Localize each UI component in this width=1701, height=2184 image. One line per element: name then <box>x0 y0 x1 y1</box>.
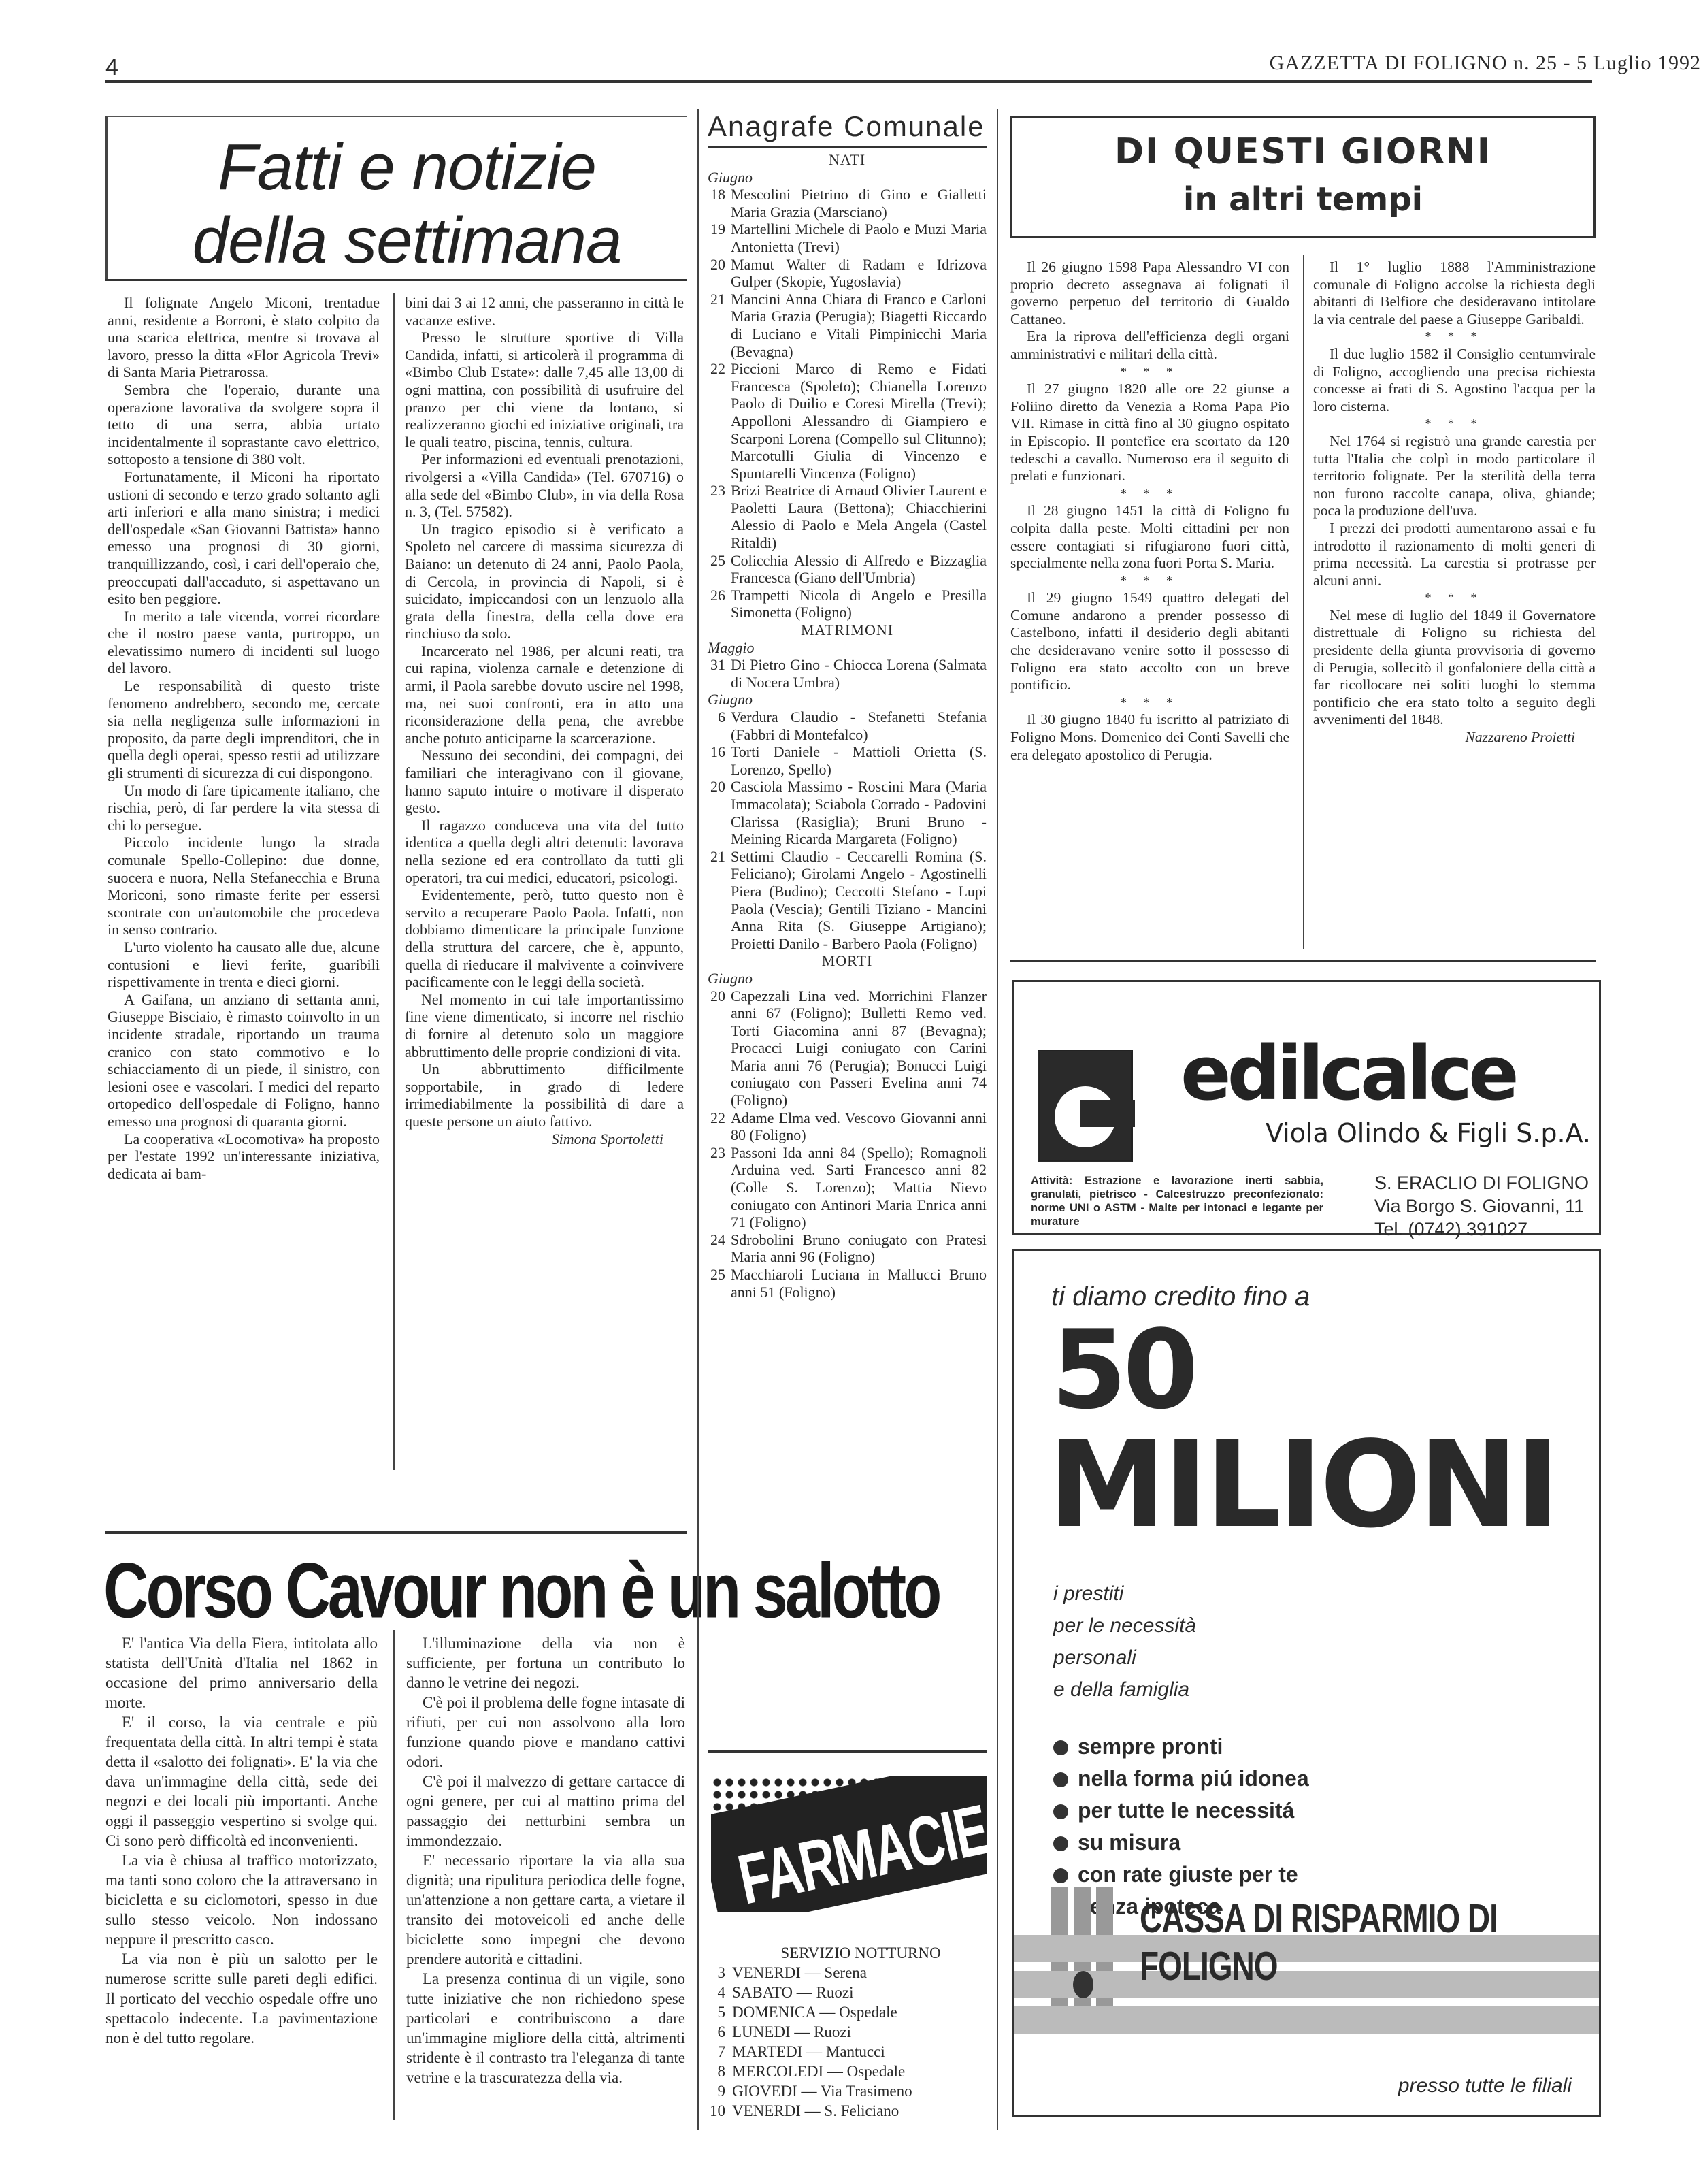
paragraph: La via non è più un salotto per le numer… <box>105 1949 378 2048</box>
paragraph: Le responsabilità di questo triste fenom… <box>108 677 380 782</box>
address-line: Via Borgo S. Giovanni, 11 <box>1374 1194 1589 1218</box>
list-item: 21Mancini Anna Chiara di Franco e Carlon… <box>708 291 987 360</box>
entry-text: Martellini Michele di Paolo e Muzi Maria… <box>731 221 987 255</box>
logo-dot <box>1073 1971 1093 1998</box>
morti-heading: MORTI <box>708 952 987 970</box>
list-item: 23Passoni Ida anni 84 (Spello); Romagnol… <box>708 1144 987 1231</box>
day: 23 <box>708 482 731 551</box>
paragraph: Il due luglio 1582 il Consiglio centumvi… <box>1313 346 1596 415</box>
fatti-title-line2: della settimana <box>148 204 665 278</box>
paragraph: Il ragazzo conduceva una vita del tutto … <box>405 817 684 886</box>
day: 3 <box>708 1963 732 1983</box>
paragraph: L'urto violento ha causato alle due, alc… <box>108 939 380 991</box>
edilcalce-ad: edilcalce Viola Olindo & Figli S.p.A. At… <box>1012 980 1601 1235</box>
day: 18 <box>708 186 731 221</box>
page-number: 4 <box>105 54 118 81</box>
list-item: 20Capezzali Lina ved. Morrichini Flanzer… <box>708 988 987 1109</box>
paragraph: Era la riprova dell'efficienza degli org… <box>1010 328 1289 363</box>
entry-text: Di Pietro Gino - Chiocca Lorena (Salmata… <box>731 656 987 691</box>
day: 22 <box>708 360 731 482</box>
paragraph: Presso le strutture sportive di Villa Ca… <box>405 329 684 451</box>
list-item: 20Casciola Massimo - Roscini Mara (Maria… <box>708 778 987 847</box>
paragraph: C'è poi il problema delle fogne intasate… <box>406 1693 685 1772</box>
paragraph: La cooperativa «Locomotiva» ha proposto … <box>108 1130 380 1183</box>
edilcalce-logo-icon <box>1038 1050 1133 1162</box>
fatti-rule <box>105 279 687 281</box>
ad-amount: 50 <box>1051 1312 1195 1428</box>
fatti-column-1: Il folignate Angelo Miconi, trentadue an… <box>108 294 380 1182</box>
edilcalce-brand: edilcalce <box>1180 1030 1515 1117</box>
column-divider <box>1303 255 1304 949</box>
header-rule <box>105 80 1592 83</box>
bullet-item: su misura <box>1053 1827 1309 1859</box>
separator: * * * <box>1010 694 1289 712</box>
bullet-icon <box>1053 1836 1068 1851</box>
entry-text: Colicchia Alessio di Alfredo e Bizzaglia… <box>731 552 987 587</box>
list-item: 9GIOVEDI — Via Trasimeno <box>708 2081 987 2101</box>
cavour-column-2: L'illuminazione della via non è sufficie… <box>406 1633 685 2087</box>
bullet-icon <box>1053 1740 1068 1755</box>
line: per le necessità <box>1053 1610 1196 1642</box>
anagrafe-title: Anagrafe Comunale <box>708 110 987 148</box>
dqg-title-line1: DI QUESTI GIORNI <box>1012 131 1593 172</box>
turno: VENERDI — S. Feliciano <box>732 2101 899 2121</box>
logo-e-shape <box>1080 1100 1135 1127</box>
entry-text: Sdrobolini Bruno coniugato con Pratesi M… <box>731 1231 987 1266</box>
entry-text: Casciola Massimo - Roscini Mara (Maria I… <box>731 778 987 847</box>
paragraph: I prezzi dei prodotti aumentarono assai … <box>1313 520 1596 589</box>
paragraph: La via è chiusa al traffico motorizzato,… <box>105 1851 378 1949</box>
day: 26 <box>708 587 731 621</box>
day: 6 <box>708 2022 732 2042</box>
edilcalce-activity: Attività: Estrazione e lavorazione inert… <box>1031 1174 1323 1228</box>
column-divider <box>393 293 395 1470</box>
cavour-column-1: E' l'antica Via della Fiera, intitolata … <box>105 1633 378 2048</box>
separator: * * * <box>1313 589 1596 607</box>
ad-unit: MILIONI <box>1048 1424 1557 1547</box>
entry-text: Capezzali Lina ved. Morrichini Flanzer a… <box>731 988 987 1109</box>
paragraph: Un abbruttimento difficilmente sopportab… <box>405 1060 684 1130</box>
entry-text: Mamut Walter di Radam e Idrizova Gulper … <box>731 256 987 291</box>
logo-band <box>1014 2006 1599 2034</box>
edilcalce-address: S. ERACLIO DI FOLIGNO Via Borgo S. Giova… <box>1374 1171 1589 1241</box>
entry-text: Passoni Ida anni 84 (Spello); Romagnoli … <box>731 1144 987 1231</box>
bullet-item: nella forma piú idonea <box>1053 1763 1309 1795</box>
entry-text: Adame Elma ved. Vescovo Giovanni anni 80… <box>731 1109 987 1144</box>
list-item: 19Martellini Michele di Paolo e Muzi Mar… <box>708 221 987 255</box>
cavour-headline: Corso Cavour non è un salotto <box>103 1548 689 1633</box>
paragraph: Incarcerato nel 1986, per alcuni reati, … <box>405 642 684 747</box>
paragraph: Nel momento in cui tale importantissimo … <box>405 991 684 1060</box>
day: 8 <box>708 2061 732 2081</box>
matrimoni-heading: MATRIMONI <box>708 621 987 639</box>
bullet-text: con rate giuste per te <box>1078 1862 1298 1887</box>
paragraph: Nessuno dei secondini, dei compagni, dei… <box>405 747 684 816</box>
paragraph: Fortunatamente, il Miconi ha riportato u… <box>108 468 380 608</box>
turno: DOMENICA — Ospedale <box>732 2002 897 2022</box>
line: i prestiti <box>1053 1578 1196 1610</box>
paragraph: Nel mese di luglio del 1849 il Governato… <box>1313 607 1596 729</box>
day: 20 <box>708 256 731 291</box>
paragraph: Un tragico episodio si è verificato a Sp… <box>405 521 684 642</box>
nati-heading: NATI <box>708 151 987 169</box>
list-item: 4SABATO — Ruozi <box>708 1983 987 2002</box>
paragraph: Per informazioni ed eventuali prenotazio… <box>405 451 684 520</box>
fatti-title-line1: Fatti e notizie <box>148 131 665 204</box>
dqg-column-1: Il 26 giugno 1598 Papa Alessandro VI con… <box>1010 259 1289 764</box>
entry-text: Mescolini Pietrino di Gino e Gialletti M… <box>731 186 987 221</box>
masthead: GAZZETTA DI FOLIGNO n. 25 - 5 Luglio 199… <box>1075 52 1701 75</box>
list-item: 22Adame Elma ved. Vescovo Giovanni anni … <box>708 1109 987 1144</box>
paragraph: L'illuminazione della via non è sufficie… <box>406 1633 685 1693</box>
dqg-signature: Nazzareno Proietti <box>1313 729 1596 747</box>
list-item: 16Torti Daniele - Mattioli Orietta (S. L… <box>708 743 987 778</box>
cassa-risparmio-ad: ti diamo credito fino a 50 MILIONI i pre… <box>1012 1249 1601 2117</box>
day: 20 <box>708 988 731 1109</box>
list-item: 25Macchiaroli Luciana in Mallucci Bruno … <box>708 1266 987 1301</box>
month-label: Giugno <box>708 970 987 988</box>
separator: * * * <box>1313 328 1596 346</box>
entry-text: Settimi Claudio - Ceccarelli Romina (S. … <box>731 848 987 953</box>
turni-heading: SERVIZIO NOTTURNO <box>708 1943 987 1963</box>
separator: * * * <box>1313 415 1596 433</box>
line: personali <box>1053 1642 1196 1674</box>
day: 31 <box>708 656 731 691</box>
list-item: 31Di Pietro Gino - Chiocca Lorena (Salma… <box>708 656 987 691</box>
ad-footer: presso tutte le filiali <box>1398 2074 1572 2098</box>
separator: * * * <box>1010 363 1289 381</box>
separator: * * * <box>1010 485 1289 503</box>
column-divider <box>393 1630 395 2120</box>
entry-text: Mancini Anna Chiara di Franco e Carloni … <box>731 291 987 360</box>
paragraph: La presenza continua di un vigile, sono … <box>406 1969 685 2087</box>
list-item: 7MARTEDI — Mantucci <box>708 2042 987 2061</box>
turno: GIOVEDI — Via Trasimeno <box>732 2081 912 2101</box>
bullet-item: con rate giuste per te <box>1053 1859 1309 1891</box>
day: 21 <box>708 291 731 360</box>
bank-name: CASSA DI RISPARMIO DI FOLIGNO <box>1140 1894 1599 1989</box>
bullet-text: su misura <box>1078 1830 1180 1855</box>
paragraph: Sembra che l'operaio, durante una operaz… <box>108 381 380 468</box>
anagrafe-list: NATI Giugno 18Mescolini Pietrino di Gino… <box>708 151 987 1301</box>
day: 25 <box>708 552 731 587</box>
list-item: 20Mamut Walter di Radam e Idrizova Gulpe… <box>708 256 987 291</box>
list-item: 6LUNEDI — Ruozi <box>708 2022 987 2042</box>
turno: LUNEDI — Ruozi <box>732 2022 851 2042</box>
month-label: Giugno <box>708 169 987 186</box>
entry-text: Macchiaroli Luciana in Mallucci Bruno an… <box>731 1266 987 1301</box>
turno: SABATO — Ruozi <box>732 1983 854 2002</box>
paragraph: E' necessario riportare la via alla sua … <box>406 1851 685 1969</box>
month-label: Maggio <box>708 639 987 657</box>
list-item: 21Settimi Claudio - Ceccarelli Romina (S… <box>708 848 987 953</box>
separator: * * * <box>1010 572 1289 590</box>
farmacie-turni: SERVIZIO NOTTURNO 3VENERDI — Serena 4SAB… <box>708 1943 987 2121</box>
turno: VENERDI — Serena <box>732 1963 867 1983</box>
cavour-rule <box>105 1531 687 1534</box>
entry-text: Piccioni Marco di Remo e Fidati Francesc… <box>731 360 987 482</box>
entry-text: Trampetti Nicola di Angelo e Presilla Si… <box>731 587 987 621</box>
turno: MARTEDI — Mantucci <box>732 2042 885 2061</box>
paragraph: Il 30 giugno 1840 fu iscritto al patrizi… <box>1010 711 1289 764</box>
line: e della famiglia <box>1053 1674 1196 1706</box>
list-item: 24Sdrobolini Bruno coniugato con Pratesi… <box>708 1231 987 1266</box>
dqg-title-line2: in altri tempi <box>1012 180 1593 218</box>
entry-text: Verdura Claudio - Stefanetti Stefania (F… <box>731 708 987 743</box>
column-divider <box>997 109 998 2130</box>
bullet-icon <box>1053 1772 1068 1787</box>
paragraph: Il folignate Angelo Miconi, trentadue an… <box>108 294 380 381</box>
phone: Tel. (0742) 391027 <box>1374 1218 1589 1241</box>
address-line: S. ERACLIO DI FOLIGNO <box>1374 1171 1589 1194</box>
paragraph: E' il corso, la via centrale e più frequ… <box>105 1712 378 1851</box>
list-item: 10VENERDI — S. Feliciano <box>708 2101 987 2121</box>
day: 4 <box>708 1983 732 2002</box>
ad-description: i prestiti per le necessità personali e … <box>1053 1578 1196 1706</box>
paragraph: Il 27 giugno 1820 alle ore 22 giunse a F… <box>1010 380 1289 485</box>
fatti-title-box: Fatti e notizie della settimana <box>105 116 687 279</box>
day: 24 <box>708 1231 731 1266</box>
paragraph: Nel 1764 si registrò una grande carestia… <box>1313 433 1596 520</box>
paragraph: Il 28 giugno 1451 la città di Foligno fu… <box>1010 502 1289 572</box>
paragraph: Un modo di fare tipicamente italiano, ch… <box>108 782 380 834</box>
entry-text: Brizi Beatrice di Arnaud Olivier Laurent… <box>731 482 987 551</box>
turno: MERCOLEDI — Ospedale <box>732 2061 905 2081</box>
paragraph: In merito a tale vicenda, vorrei ricorda… <box>108 608 380 677</box>
paragraph: Il 26 giugno 1598 Papa Alessandro VI con… <box>1010 259 1289 328</box>
dqg-rule <box>1010 960 1596 962</box>
day: 9 <box>708 2081 732 2101</box>
list-item: 23Brizi Beatrice di Arnaud Olivier Laure… <box>708 482 987 551</box>
day: 16 <box>708 743 731 778</box>
dqg-title-box: DI QUESTI GIORNI in altri tempi <box>1010 116 1596 238</box>
fatti-title: Fatti e notizie della settimana <box>148 131 665 278</box>
bullet-item: per tutte le necessitá <box>1053 1795 1309 1827</box>
paragraph: bini dai 3 ai 12 anni, che passeranno in… <box>405 294 684 329</box>
paragraph: Il 29 giugno 1549 quattro delegati del C… <box>1010 589 1289 694</box>
day: 19 <box>708 221 731 255</box>
entry-text: Torti Daniele - Mattioli Orietta (S. Lor… <box>731 743 987 778</box>
day: 21 <box>708 848 731 953</box>
dqg-column-2: Il 1° luglio 1888 l'Amministrazione comu… <box>1313 259 1596 747</box>
list-item: 26Trampetti Nicola di Angelo e Presilla … <box>708 587 987 621</box>
day: 22 <box>708 1109 731 1144</box>
paragraph: Il 1° luglio 1888 l'Amministrazione comu… <box>1313 259 1596 328</box>
day: 10 <box>708 2101 732 2121</box>
list-item: 22Piccioni Marco di Remo e Fidati France… <box>708 360 987 482</box>
bullet-text: per tutte le necessitá <box>1078 1798 1294 1823</box>
list-item: 3VENERDI — Serena <box>708 1963 987 1983</box>
bullet-item: sempre pronti <box>1053 1731 1309 1763</box>
edilcalce-company: Viola Olindo & Figli S.p.A. <box>1266 1118 1591 1148</box>
bullet-icon <box>1053 1804 1068 1819</box>
paragraph: A Gaifana, un anziano di settanta anni, … <box>108 991 380 1130</box>
day: 23 <box>708 1144 731 1231</box>
list-item: 25Colicchia Alessio di Alfredo e Bizzagl… <box>708 552 987 587</box>
fatti-column-2: bini dai 3 ai 12 anni, che passeranno in… <box>405 294 684 1147</box>
day: 25 <box>708 1266 731 1301</box>
column-divider <box>697 109 699 2130</box>
day: 7 <box>708 2042 732 2061</box>
farmacie-rule <box>708 1750 987 1753</box>
bullet-icon <box>1053 1868 1068 1883</box>
bullet-text: nella forma piú idonea <box>1078 1766 1309 1791</box>
farmacie-banner: FARMACIE <box>711 1776 987 1912</box>
fatti-signature: Simona Sportoletti <box>405 1130 684 1148</box>
paragraph: E' l'antica Via della Fiera, intitolata … <box>105 1633 378 1712</box>
bullet-text: sempre pronti <box>1078 1734 1223 1759</box>
list-item: 6Verdura Claudio - Stefanetti Stefania (… <box>708 708 987 743</box>
list-item: 18Mescolini Pietrino di Gino e Gialletti… <box>708 186 987 221</box>
paragraph: Piccolo incidente lungo la strada comuna… <box>108 834 380 939</box>
paragraph: C'è poi il malvezzo di gettare cartacce … <box>406 1772 685 1851</box>
list-item: 5DOMENICA — Ospedale <box>708 2002 987 2022</box>
day: 20 <box>708 778 731 847</box>
day: 6 <box>708 708 731 743</box>
paragraph: Evidentemente, però, tutto questo non è … <box>405 886 684 991</box>
day: 5 <box>708 2002 732 2022</box>
month-label: Giugno <box>708 691 987 708</box>
list-item: 8MERCOLEDI — Ospedale <box>708 2061 987 2081</box>
